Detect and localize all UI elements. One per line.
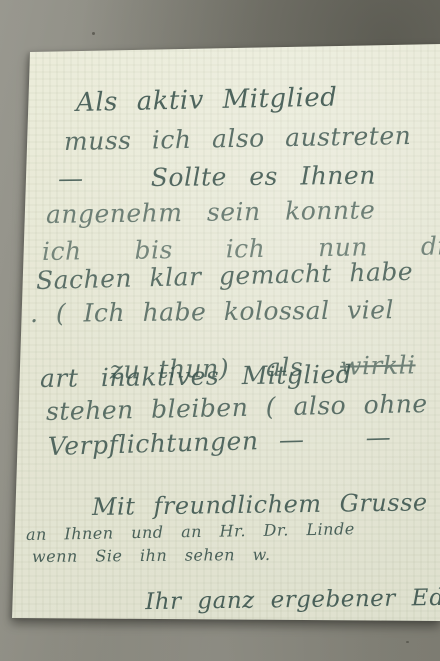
- handwritten-line-12-greeting: Mit freundlichem Grusse: [92, 490, 428, 519]
- handwritten-line-2: muss ich also austreten: [64, 123, 412, 154]
- closing-phrase: Ihr ganz ergebener: [145, 585, 412, 615]
- handwritten-line-15-closing: Ihr ganz ergebener Edv Munch: [82, 562, 440, 638]
- photo-background: Als aktiv Mitglied muss ich also austret…: [0, 0, 440, 661]
- line-8-text-after: ein: [415, 349, 440, 379]
- signature-edv-munch: Edv Munch: [411, 583, 440, 611]
- handwritten-line-7: . ( Ich habe kolossal viel: [30, 297, 394, 326]
- handwritten-line-10: stehen bleiben ( also ohne: [46, 391, 428, 424]
- handwritten-line-9: art inaktives Mitglied: [40, 362, 352, 391]
- handwritten-line-14-small: wenn Sie ihn sehen w.: [32, 547, 271, 565]
- handwritten-line-1: Als aktiv Mitglied: [76, 85, 338, 116]
- handwritten-line-4: angenehm sein konnte: [46, 197, 376, 227]
- handwritten-line-3: — Sollte es Ihnen: [58, 163, 376, 191]
